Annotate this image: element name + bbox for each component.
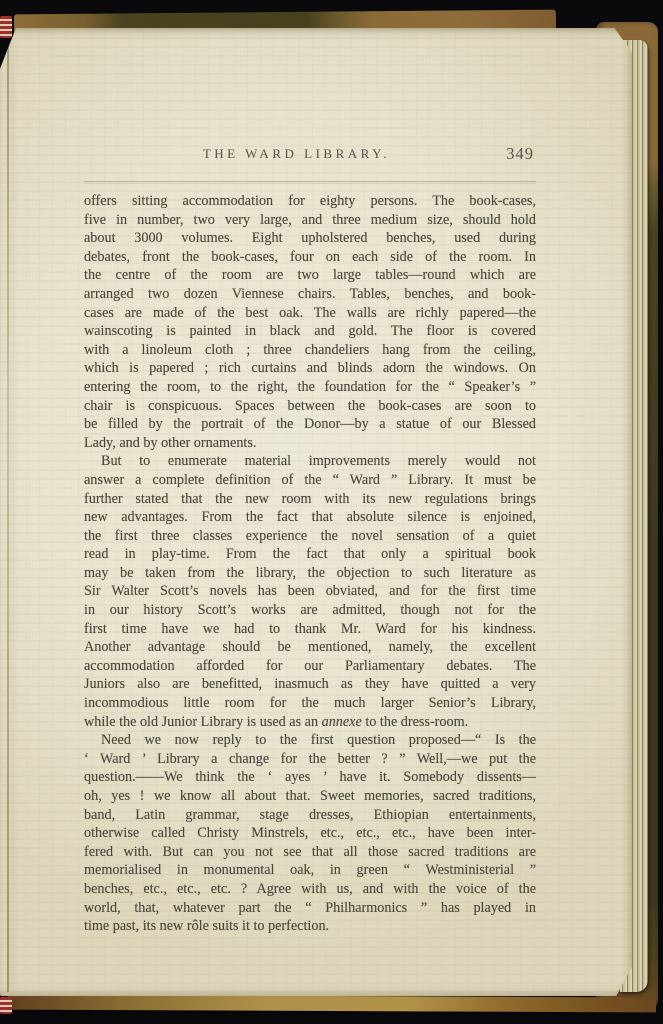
text-line: first time have we had to thank Mr. Ward… <box>84 620 536 639</box>
paragraph: offers sitting accommodation for eighty … <box>84 192 536 452</box>
headband-top <box>0 16 12 38</box>
text-line: oh, yes ! we know all about that. Sweet … <box>84 787 536 806</box>
text-line: Lady, and by other ornaments. <box>84 434 536 453</box>
text-line: may be taken from the library, the objec… <box>84 564 536 583</box>
text-line: five in number, two very large, and thre… <box>84 211 536 230</box>
headband-bottom <box>0 997 12 1014</box>
text-line: be filled by the portrait of the Donor—b… <box>84 415 536 434</box>
text-line: question.——We think the ‘ ayes ’ have it… <box>84 768 536 787</box>
text-segment: while the old Junior Library is used as … <box>84 714 322 730</box>
text-line: world, that, whatever part the “ Philhar… <box>84 899 536 918</box>
text-line: memorialised in monumental oak, in green… <box>84 861 536 880</box>
text-block: offers sitting accommodation for eighty … <box>84 192 536 936</box>
text-line: in our history Scott’s works are admitte… <box>84 601 536 620</box>
text-line: band, Latin grammar, stage dresses, Ethi… <box>84 806 536 825</box>
text-line: further stated that the new room with it… <box>84 490 536 509</box>
text-line: But to enumerate material improvements m… <box>84 452 536 471</box>
italic-text: annexe <box>322 714 362 730</box>
text-line: arranged two dozen Viennese chairs. Tabl… <box>84 285 536 304</box>
text-line: otherwise called Christy Minstrels, etc.… <box>84 824 536 843</box>
text-line: cases are made of the best oak. The wall… <box>84 304 536 323</box>
page-number: 349 <box>506 144 534 164</box>
text-line: chair is conspicuous. Spaces between the… <box>84 397 536 416</box>
text-line: offers sitting accommodation for eighty … <box>84 192 536 211</box>
text-line: accommodation afforded for our Parliamen… <box>84 657 536 676</box>
text-line: new advantages. From the fact that absol… <box>84 508 536 527</box>
paragraph: Need we now reply to the first question … <box>84 731 536 936</box>
text-line: debates, front the book-cases, four on e… <box>84 248 536 267</box>
text-line: benches, etc., etc., etc. ? Agree with u… <box>84 880 536 899</box>
book-page: THE WARD LIBRARY. 349 offers sitting acc… <box>0 28 632 996</box>
page-header: THE WARD LIBRARY. 349 <box>84 146 536 168</box>
text-line: Sir Walter Scott’s novels has been obvia… <box>84 582 536 601</box>
text-area: THE WARD LIBRARY. 349 offers sitting acc… <box>84 146 536 936</box>
text-segment: to the dress-room. <box>362 714 468 730</box>
text-line: Need we now reply to the first question … <box>84 731 536 750</box>
text-line: the centre of the room are two large tab… <box>84 266 536 285</box>
text-line: while the old Junior Library is used as … <box>84 713 536 732</box>
text-line: fered with. But can you not see that all… <box>84 843 536 862</box>
text-line: time past, its new rôle suits it to perf… <box>84 917 536 936</box>
text-line: Another advantage should be mentioned, n… <box>84 638 536 657</box>
book-bottom-edge <box>8 995 656 1013</box>
text-line: which is papered ; rich curtains and bli… <box>84 359 536 378</box>
text-line: incommodious little room for the much la… <box>84 694 536 713</box>
text-line: Juniors also are benefitted, inasmuch as… <box>84 675 536 694</box>
text-line: with a linoleum cloth ; three chandelier… <box>84 341 536 360</box>
text-line: about 3000 volumes. Eight upholstered be… <box>84 229 536 248</box>
text-line: answer a complete definition of the “ Wa… <box>84 471 536 490</box>
text-line: the first three classes experience the n… <box>84 527 536 546</box>
running-title: THE WARD LIBRARY. <box>203 146 390 162</box>
text-line: ‘ Ward ’ Library a change for the better… <box>84 750 536 769</box>
header-rule <box>84 181 536 182</box>
gutter-crease <box>7 40 9 992</box>
text-line: entering the room, to the right, the fou… <box>84 378 536 397</box>
text-line: read in play-time. From the fact that on… <box>84 545 536 564</box>
paragraph: But to enumerate material improvements m… <box>84 452 536 731</box>
text-line: wainscoting is painted in black and gold… <box>84 322 536 341</box>
